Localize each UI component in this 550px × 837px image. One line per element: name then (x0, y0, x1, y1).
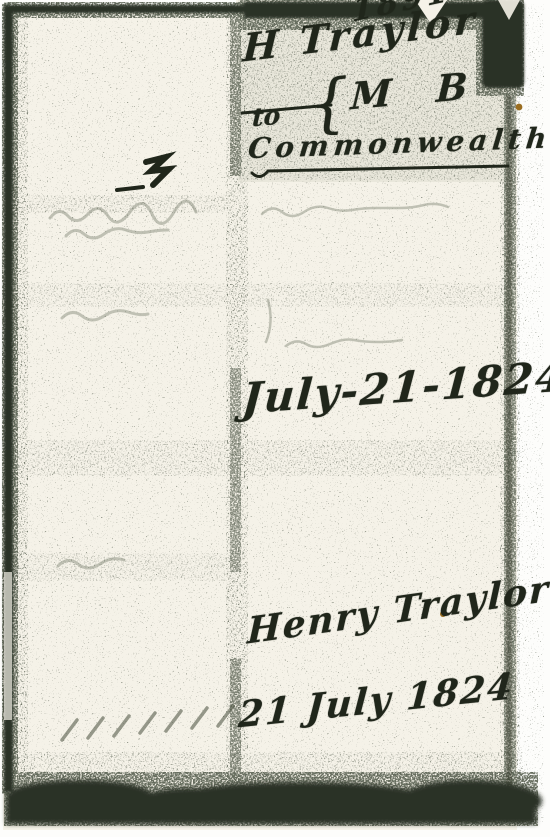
left-border-thin-spot (4, 572, 12, 720)
scanned-document-page: 1891 H Traylor to { M B Commonwealth Jul… (0, 0, 550, 837)
handwritten-to-word: to (251, 101, 281, 133)
rust-speck (516, 104, 523, 111)
bottom-border-band (6, 780, 542, 824)
